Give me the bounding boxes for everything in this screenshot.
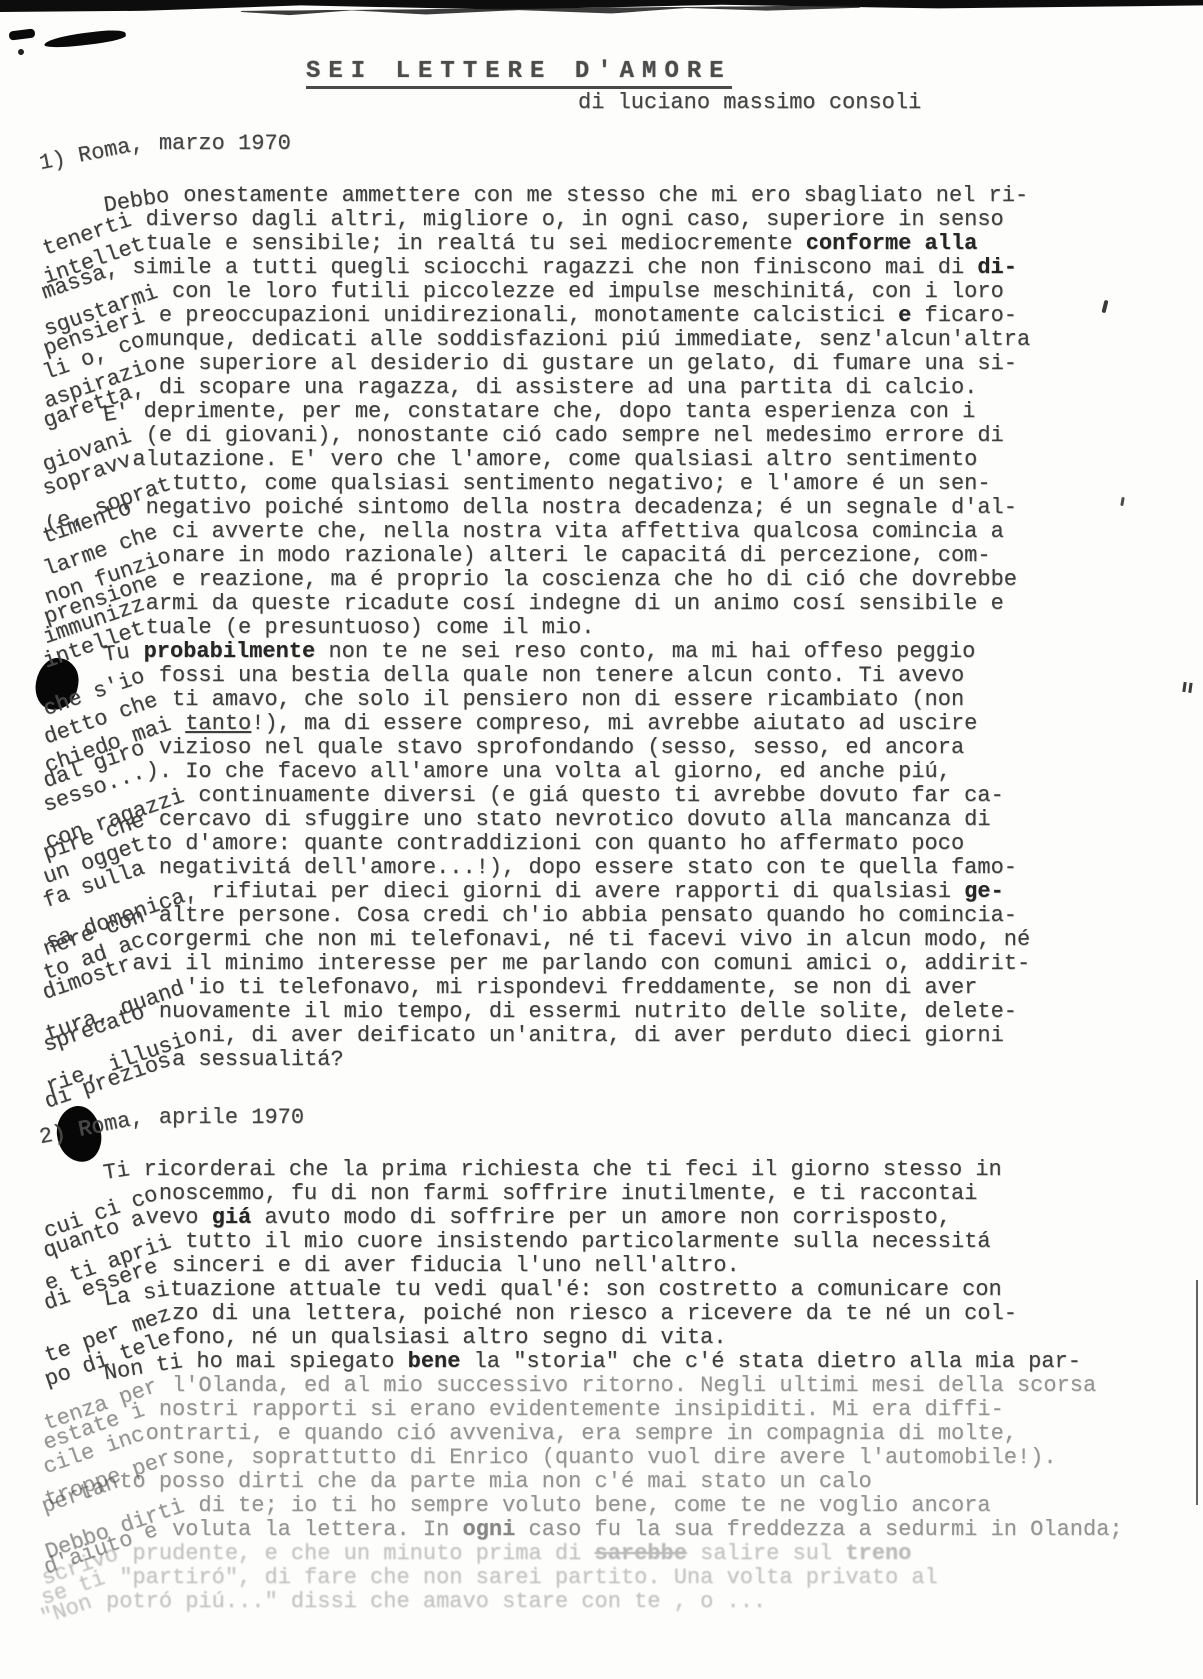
letter-line: cile incontrarti, e quando ció avveniva,… [40, 1422, 1180, 1446]
letter-line: sa domenica, rifiutai per dieci giorni d… [40, 880, 1180, 904]
line-lead-rotated: "Non [37, 1591, 95, 1631]
line-lead-rotated: 2) Roma, [37, 1106, 145, 1150]
line-text: prudente, e che un minuto prima di sareb… [119, 1541, 911, 1566]
line-text: sinceri e di aver fiducia l'uno nell'alt… [159, 1253, 740, 1278]
letter-line: che s'io fossi una bestia della quale no… [40, 664, 1180, 688]
letter-line: cui ci conoscemmo, fu di non farmi soffr… [40, 1182, 1180, 1206]
letter-line: estate i nostri rapporti si erano eviden… [40, 1398, 1180, 1422]
line-text: sone, soprattutto di Enrico (quanto vuol… [172, 1445, 1057, 1470]
letter-line: di preziosa sessualitá? [40, 1048, 1180, 1072]
line-text: marzo 1970 [146, 131, 291, 156]
line-text: vevo giá avuto modo di soffrire per un a… [146, 1205, 951, 1230]
letter-line: Debbo onestamente ammettere con me stess… [40, 184, 1180, 208]
line-text: ricorderai che la prima richiesta che ti… [130, 1157, 1001, 1182]
letter-line: Debbo dirti di te; io ti ho sempre volut… [40, 1494, 1180, 1518]
line-text: tuale e sensibile; in realtá tu sei medi… [146, 231, 978, 256]
letter-line: prensione e reazione, ma é proprio la co… [40, 568, 1180, 592]
line-text: corgermi che non mi telefonavi, né ti fa… [146, 927, 1031, 952]
letter-line: timento negativo poiché sintomo della no… [40, 496, 1180, 520]
line-text: avi il minimo interesse per me parlando … [132, 951, 1030, 976]
line-text: con le loro futili piccolezze ed impulse… [159, 279, 1004, 304]
line-text: to posso dirti che da parte mia non c'é … [119, 1469, 872, 1494]
letter-line: garetta, di scopare una ragazza, di assi… [40, 376, 1180, 400]
line-text: noscemmo, fu di non farmi soffrire inuti… [159, 1181, 978, 1206]
letter-line: te per mezzo di una lettera, poiché non … [40, 1302, 1180, 1326]
letter-line: e ti aprii tutto il mio cuore insistendo… [40, 1230, 1180, 1254]
scanned-letter-page: SEI LETTERE D'AMORE di luciano massimo c… [0, 0, 1203, 1679]
line-text: diverso dagli altri, migliore o, in ogni… [132, 207, 1003, 232]
line-text: altre persone. Cosa credi ch'io abbia pe… [146, 903, 1017, 928]
line-text: di scopare una ragazza, di assistere ad … [146, 375, 978, 400]
line-text: nostri rapporti si erano evidentemente i… [146, 1397, 1004, 1422]
line-lead-rotated: 1) Roma, [37, 132, 145, 176]
document-title: SEI LETTERE D'AMORE [306, 58, 732, 89]
letter-line: "Non potró piú..." dissi che amavo stare… [40, 1590, 1180, 1614]
line-text: fono, né un qualsiasi altro segno di vit… [172, 1325, 727, 1350]
line-text: tuazione attuale tu vedi qual'é: son cos… [170, 1277, 1002, 1302]
line-text: tanto!), ma di essere compreso, mi avreb… [172, 711, 977, 736]
line-text: onestamente ammettere con me stesso che … [170, 183, 1028, 208]
letter-line: quanto avevo giá avuto modo di soffrire … [40, 1206, 1180, 1230]
line-text: e preoccupazioni unidirezionali, monotam… [146, 303, 1017, 328]
letter-line: Non ti ho mai spiegato bene la "storia" … [40, 1350, 1180, 1374]
line-text: nuovamente il mio tempo, di essermi nutr… [146, 999, 1017, 1024]
line-text: rifiutai per dieci giorni di avere rappo… [198, 879, 1003, 904]
line-text: cercavo di sfuggire uno stato nevrotico … [146, 807, 991, 832]
document-byline: di luciano massimo consoli [578, 90, 921, 115]
letter-heading: 2) Roma, aprile 1970 [40, 1106, 1180, 1130]
line-text: voluta la lettera. In ogni caso fu la su… [159, 1517, 1123, 1542]
line-text: ni, di aver deificato un'anitra, di aver… [198, 1023, 1003, 1048]
line-text: negativo poiché sintomo della nostra dec… [132, 495, 1017, 520]
letter-line: pertanto posso dirti che da parte mia no… [40, 1470, 1180, 1494]
line-text: ho mai spiegato bene la "storia" che c'é… [183, 1349, 1081, 1374]
letter-line: sesso...). Io che facevo all'amore una v… [40, 760, 1180, 784]
letter-line: E' deprimente, per me, constatare che, d… [40, 400, 1180, 424]
letter-line: nere con altre persone. Cosa credi ch'io… [40, 904, 1180, 928]
line-text: di te; io ti ho sempre voluto bene, come… [185, 1493, 990, 1518]
letter-line: pire che cercavo di sfuggire uno stato n… [40, 808, 1180, 832]
letter-line: di essere sinceri e di aver fiducia l'un… [40, 1254, 1180, 1278]
letter-line: un oggetto d'amore: quante contraddizion… [40, 832, 1180, 856]
letter-line: aspirazione superiore al desiderio di gu… [40, 352, 1180, 376]
letter-line: intellettuale (e presuntuoso) come il mi… [40, 616, 1180, 640]
line-text: continuamente diversi (e giá questo ti a… [185, 783, 1004, 808]
document-body: 1) Roma, marzo 1970Debbo onestamente amm… [40, 132, 1180, 1614]
letter-line: scrivo prudente, e che un minuto prima d… [40, 1542, 1180, 1566]
letter-line: pensieri e preoccupazioni unidirezionali… [40, 304, 1180, 328]
letter-line: massa, simile a tutti quegli sciocchi ra… [40, 256, 1180, 280]
letter-line: (e, soprattutto, come qualsiasi sentimen… [40, 472, 1180, 496]
letter-line: tenza per l'Olanda, ed al mio successivo… [40, 1374, 1180, 1398]
letter-2: 2) Roma, aprile 1970Ti ricorderai che la… [40, 1106, 1180, 1614]
letter-line: larme che ci avverte che, nella nostra v… [40, 520, 1180, 544]
letter-line: d'aiuto e voluta la lettera. In ogni cas… [40, 1518, 1180, 1542]
letter-line: non funzionare in modo razionale) alteri… [40, 544, 1180, 568]
letter-line: Tu probabilmente non te ne sei reso cont… [40, 640, 1180, 664]
line-text: munque, dedicati alle soddisfazioni piú … [146, 327, 1031, 352]
letter-line: tenerti diverso dagli altri, migliore o,… [40, 208, 1180, 232]
letter-line: po di telefono, né un qualsiasi altro se… [40, 1326, 1180, 1350]
line-text: aprile 1970 [146, 1105, 304, 1130]
line-text: alutazione. E' vero che l'amore, come qu… [132, 447, 977, 472]
letter-line: sopravvalutazione. E' vero che l'amore, … [40, 448, 1180, 472]
line-text: potró piú..." dissi che amavo stare con … [93, 1589, 766, 1614]
line-text: zo di una lettera, poiché non riesco a r… [172, 1301, 1017, 1326]
line-text: ti amavo, che solo il pensiero non di es… [159, 687, 964, 712]
line-text: ne superiore al desiderio di gustare un … [159, 351, 1017, 376]
line-text: tutto il mio cuore insistendo particolar… [172, 1229, 991, 1254]
line-text: ontrarti, e quando ció avveniva, era sem… [146, 1421, 1017, 1446]
letter-line: intellettuale e sensibile; in realtá tu … [40, 232, 1180, 256]
line-text: to d'amore: quante contraddizioni con qu… [146, 831, 965, 856]
line-text: simile a tutti quegli sciocchi ragazzi c… [119, 255, 1017, 280]
letter-line: li o, comunque, dedicati alle soddisfazi… [40, 328, 1180, 352]
line-text: deprimente, per me, constatare che, dopo… [130, 399, 975, 424]
ink-speck [1182, 682, 1186, 692]
ink-streak [44, 28, 127, 50]
line-text: ). Io che facevo all'amore una volta al … [146, 759, 951, 784]
ink-streak [9, 28, 36, 40]
line-text: "partiró", di fare che non sarei partito… [106, 1565, 938, 1590]
line-text: (e di giovani), nonostante ció cado semp… [132, 423, 1003, 448]
letter-line: rie, illusioni, di aver deificato un'ani… [40, 1024, 1180, 1048]
line-text: tutto, come qualsiasi sentimento negativ… [172, 471, 991, 496]
line-text: nare in modo razionale) alteri le capaci… [172, 543, 991, 568]
line-text: e reazione, ma é proprio la coscienza ch… [159, 567, 1017, 592]
line-text: 'io ti telefonavo, mi rispondevi freddam… [185, 975, 977, 1000]
letter-1: 1) Roma, marzo 1970Debbo onestamente amm… [40, 132, 1180, 1072]
letter-line: Ti ricorderai che la prima richiesta che… [40, 1158, 1180, 1182]
letter-line: dal giro vizioso nel quale stavo sprofon… [40, 736, 1180, 760]
line-text: fossi una bestia della quale non tenere … [146, 663, 965, 688]
scan-edge-line [1196, 1280, 1198, 1505]
line-text: negativitá dell'amore...!), dopo essere … [146, 855, 1017, 880]
line-text: armi da queste ricadute cosí indegne di … [146, 591, 1004, 616]
letter-line: chiedo mai tanto!), ma di essere compres… [40, 712, 1180, 736]
line-text: probabilmente non te ne sei reso conto, … [130, 639, 975, 664]
ink-speck [17, 48, 25, 56]
letter-line: sgustarmi con le loro futili piccolezze … [40, 280, 1180, 304]
letter-line: giovani (e di giovani), nonostante ció c… [40, 424, 1180, 448]
letter-heading: 1) Roma, marzo 1970 [40, 132, 1180, 156]
letter-line: troppe persone, soprattutto di Enrico (q… [40, 1446, 1180, 1470]
letter-line: immunizzarmi da queste ricadute cosí ind… [40, 592, 1180, 616]
letter-line: dimostravi il minimo interesse per me pa… [40, 952, 1180, 976]
line-text: l'Olanda, ed al mio successivo ritorno. … [159, 1373, 1096, 1398]
letter-line: to ad accorgermi che non mi telefonavi, … [40, 928, 1180, 952]
line-text: tuale (e presuntuoso) come il mio. [146, 615, 595, 640]
line-text: a sessualitá? [172, 1047, 344, 1072]
letter-line: La situazione attuale tu vedi qual'é: so… [40, 1278, 1180, 1302]
letter-line: detto che ti amavo, che solo il pensiero… [40, 688, 1180, 712]
letter-line: se ti "partiró", di fare che non sarei p… [40, 1566, 1180, 1590]
line-text: vizioso nel quale stavo sprofondando (se… [146, 735, 965, 760]
line-text: ci avverte che, nella nostra vita affett… [159, 519, 1004, 544]
letter-line: sprecato nuovamente il mio tempo, di ess… [40, 1000, 1180, 1024]
letter-line: con ragazzi continuamente diversi (e giá… [40, 784, 1180, 808]
letter-line: fa sulla negativitá dell'amore...!), dop… [40, 856, 1180, 880]
letter-line: tura, quand'io ti telefonavo, mi rispond… [40, 976, 1180, 1000]
